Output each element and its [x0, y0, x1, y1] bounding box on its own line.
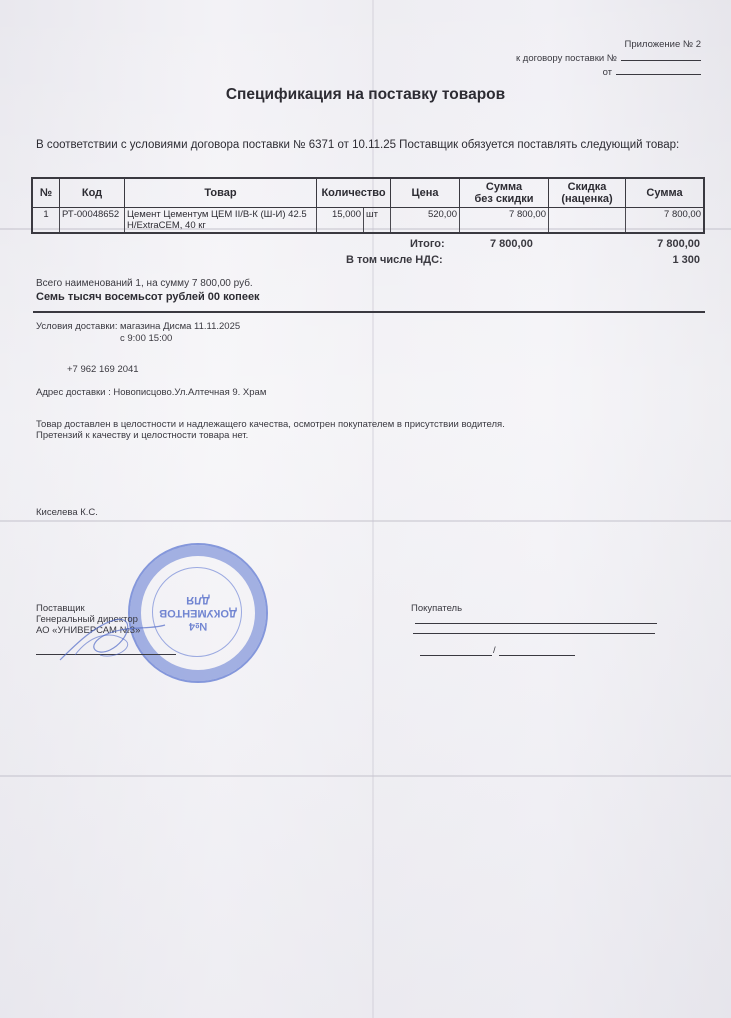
signature-scribble — [55, 605, 175, 665]
fold-line — [0, 520, 731, 522]
buyer-signature-line — [420, 655, 492, 656]
buyer-line-2 — [413, 633, 655, 634]
contract-number-blank — [621, 51, 701, 61]
total-sum: 7 800,00 — [657, 238, 700, 250]
vat-label: В том числе НДС: — [346, 254, 443, 266]
specification-table: № Код Товар Количество Цена Суммабез ски… — [31, 177, 705, 234]
cell-item: Цемент Цементум ЦЕМ II/В-К (Ш-И) 42.5 Н/… — [125, 208, 317, 234]
table-header-row: № Код Товар Количество Цена Суммабез ски… — [32, 178, 704, 208]
document-title: Спецификация на поставку товаров — [0, 86, 731, 104]
col-sum: Сумма — [626, 178, 705, 208]
condition-note-1: Товар доставлен в целостности и надлежащ… — [36, 419, 505, 430]
cell-sum-no-discount: 7 800,00 — [460, 208, 549, 234]
amount-in-words: Семь тысяч восемьсот рублей 00 копеек — [36, 291, 260, 303]
total-no-discount: 7 800,00 — [490, 238, 533, 250]
col-item: Товар — [125, 178, 317, 208]
contract-date-blank — [616, 65, 701, 75]
cell-num: 1 — [32, 208, 60, 234]
delivery-terms-value: магазина Дисма 11.11.2025 — [120, 321, 240, 332]
delivery-address: Адрес доставки : Новописцово.Ул.Алтечная… — [36, 387, 266, 398]
annex-date: от — [516, 65, 701, 79]
buyer-label: Покупатель — [411, 603, 462, 614]
buyer-name-line — [499, 655, 575, 656]
items-count-summary: Всего наименований 1, на сумму 7 800,00 … — [36, 278, 253, 289]
intro-text: В соответствии с условиями договора пост… — [36, 139, 679, 151]
total-label: Итого: — [410, 238, 445, 250]
buyer-line-1 — [415, 623, 657, 624]
cell-qty: 15,000 — [317, 208, 364, 234]
delivery-terms-label: Условия доставки: — [36, 321, 117, 332]
annex-contract: к договору поставки № — [516, 51, 701, 65]
cell-discount — [549, 208, 626, 234]
annex-number: Приложение № 2 — [516, 38, 701, 51]
col-price: Цена — [391, 178, 460, 208]
col-sum-no-discount: Суммабез скидки — [460, 178, 549, 208]
condition-note-2: Претензий к качеству и целостности товар… — [36, 430, 248, 441]
buyer-separator: / — [493, 645, 496, 656]
cell-code: РТ-00048652 — [60, 208, 125, 234]
signer-name: Киселева К.С. — [36, 507, 98, 518]
col-code: Код — [60, 178, 125, 208]
col-qty: Количество — [317, 178, 391, 208]
fold-line — [0, 775, 731, 777]
table-row: 1 РТ-00048652 Цемент Цементум ЦЕМ II/В-К… — [32, 208, 704, 234]
paper-background — [0, 0, 731, 1018]
col-discount: Скидка(наценка) — [549, 178, 626, 208]
divider — [33, 311, 705, 313]
delivery-time: с 9:00 15:00 — [120, 333, 172, 344]
cell-unit: шт — [364, 208, 391, 234]
col-num: № — [32, 178, 60, 208]
cell-price: 520,00 — [391, 208, 460, 234]
cell-sum: 7 800,00 — [626, 208, 705, 234]
delivery-phone: +7 962 169 2041 — [67, 364, 139, 375]
fold-line — [372, 0, 374, 1018]
vat-value: 1 300 — [672, 254, 700, 266]
annex-block: Приложение № 2 к договору поставки № от — [516, 38, 701, 79]
